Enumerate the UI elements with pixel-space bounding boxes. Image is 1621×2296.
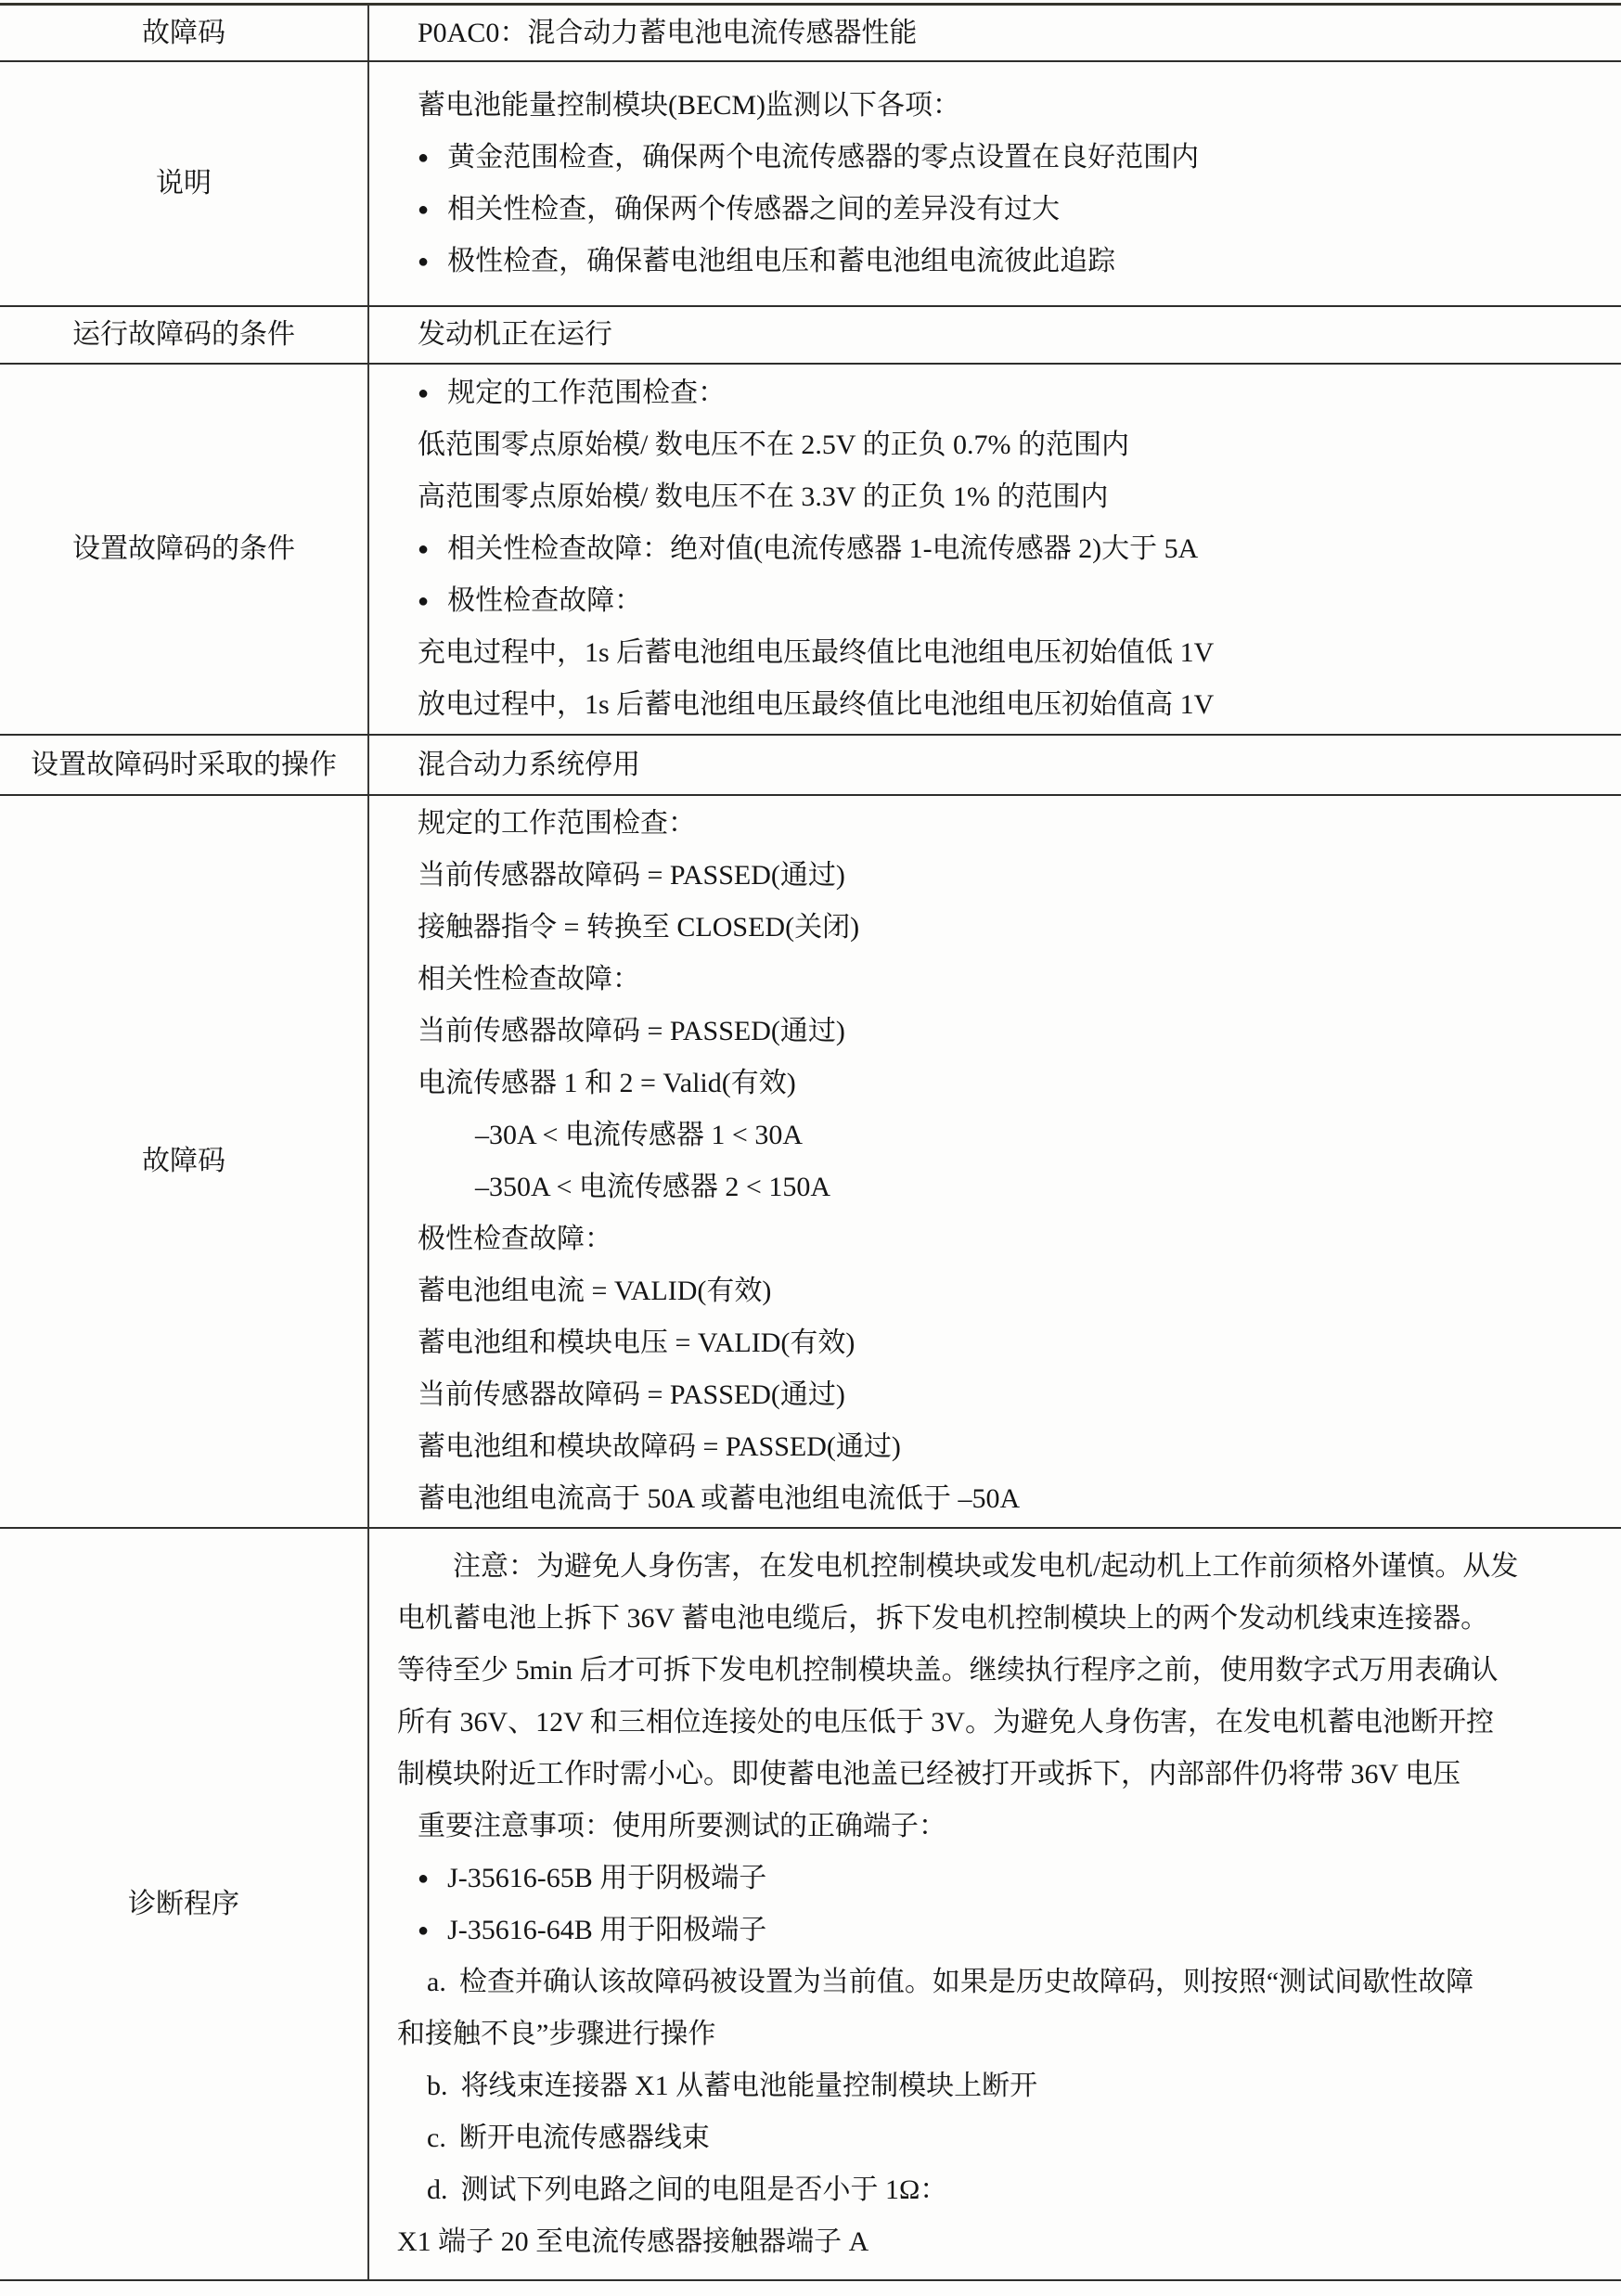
line-text: 当前传感器故障码 = PASSED(通过) (418, 1016, 845, 1046)
bullet-icon: ● (418, 592, 429, 610)
content-line: X1 端子 20 至电流传感器接触器端子 A (397, 2216, 1608, 2268)
content-line: c.断开电流传感器线束 (427, 2112, 1608, 2164)
content-line: 规定的工作范围检查： (418, 798, 1608, 850)
row-label-text: 说明 (156, 158, 212, 210)
content-line: ●J-35616-64B 用于阳极端子 (418, 1905, 1608, 1956)
line-text: 接触器指令 = 转换至 CLOSED(关闭) (418, 912, 859, 943)
content-line: 等待至少 5min 后才可拆下发电机控制模块盖。继续执行程序之前，使用数字式万用… (397, 1645, 1608, 1697)
dtc-table: 故障码P0AC0：混合动力蓄电池电流传感器性能说明蓄电池能量控制模块(BECM)… (0, 3, 1621, 2281)
content-line: 极性检查故障： (418, 1213, 1608, 1265)
row-content: 混合动力系统停用 (369, 736, 1621, 794)
row-label-text: 诊断程序 (128, 1879, 239, 1930)
table-row: 故障码P0AC0：混合动力蓄电池电流传感器性能 (0, 6, 1621, 62)
row-label-text: 故障码 (142, 1135, 225, 1187)
line-text: –30A < 电流传感器 1 < 30A (475, 1120, 803, 1150)
step-letter: a. (427, 1967, 446, 1997)
content-line: 蓄电池组和模块电压 = VALID(有效) (418, 1317, 1608, 1369)
line-text: 蓄电池能量控制模块(BECM)监测以下各项： (418, 90, 960, 121)
line-text: 规定的工作范围检查： (418, 808, 696, 839)
bullet-icon: ● (418, 1869, 429, 1888)
line-text: 放电过程中，1s 后蓄电池组电压最终值比电池组电压初始值高 1V (418, 689, 1214, 720)
line-text: 极性检查故障： (418, 1224, 612, 1254)
row-content: 蓄电池能量控制模块(BECM)监测以下各项：●黄金范围检查，确保两个电流传感器的… (369, 62, 1621, 305)
line-text: 相关性检查故障： (418, 964, 640, 994)
bullet-icon: ● (418, 384, 429, 403)
line-text: 充电过程中，1s 后蓄电池组电压最终值比电池组电压初始值低 1V (418, 637, 1214, 668)
row-label: 设置故障码时采取的操作 (0, 736, 369, 794)
content-line: 制模块附近工作时需小心。即使蓄电池盖已经被打开或拆下，内部部件仍将带 36V 电… (397, 1749, 1608, 1801)
content-line: 放电过程中，1s 后蓄电池组电压最终值比电池组电压初始值高 1V (418, 679, 1608, 731)
content-line: –350A < 电流传感器 2 < 150A (475, 1161, 1608, 1213)
content-line: ●极性检查故障： (418, 575, 1608, 627)
line-text: 混合动力系统停用 (418, 750, 640, 780)
content-line: 电机蓄电池上拆下 36V 蓄电池电缆后，拆下发电机控制模块上的两个发动机线束连接… (397, 1593, 1608, 1645)
row-label-text: 运行故障码的条件 (72, 309, 295, 361)
line-text: 蓄电池组电流 = VALID(有效) (418, 1276, 771, 1306)
content-line: 充电过程中，1s 后蓄电池组电压最终值比电池组电压初始值低 1V (418, 627, 1608, 679)
content-line: 低范围零点原始模/ 数电压不在 2.5V 的正负 0.7% 的范围内 (418, 419, 1608, 471)
content-line: 所有 36V、12V 和三相位连接处的电压低于 3V。为避免人身伤害，在发电机蓄… (397, 1697, 1608, 1749)
bullet-icon: ● (418, 1921, 429, 1940)
line-text: 当前传感器故障码 = PASSED(通过) (418, 1379, 845, 1410)
row-label: 故障码 (0, 796, 369, 1527)
content-line: 电流传感器 1 和 2 = Valid(有效) (418, 1058, 1608, 1110)
line-text: 和接触不良”步骤进行操作 (397, 2019, 715, 2049)
table-row: 诊断程序注意：为避免人身伤害，在发电机控制模块或发电机/起动机上工作前须格外谨慎… (0, 1529, 1621, 2281)
row-label: 运行故障码的条件 (0, 307, 369, 363)
line-text: 等待至少 5min 后才可拆下发电机控制模块盖。继续执行程序之前，使用数字式万用… (397, 1655, 1499, 1686)
content-line: 相关性检查故障： (418, 954, 1608, 1006)
row-content: P0AC0：混合动力蓄电池电流传感器性能 (369, 6, 1621, 60)
line-text: 蓄电池组和模块电压 = VALID(有效) (418, 1328, 855, 1358)
content-line: 蓄电池组电流高于 50A 或蓄电池组电流低于 –50A (418, 1473, 1608, 1525)
line-text: 蓄电池组和模块故障码 = PASSED(通过) (418, 1431, 901, 1462)
content-line: 混合动力系统停用 (418, 739, 1608, 791)
content-line: ●黄金范围检查，确保两个电流传感器的零点设置在良好范围内 (418, 132, 1608, 184)
row-content: 规定的工作范围检查：当前传感器故障码 = PASSED(通过)接触器指令 = 转… (369, 796, 1621, 1527)
row-label-text: 故障码 (142, 7, 225, 59)
line-text: 测试下列电路之间的电阻是否小于 1Ω： (461, 2174, 948, 2205)
line-text: P0AC0：混合动力蓄电池电流传感器性能 (418, 18, 917, 48)
row-label-text: 设置故障码的条件 (72, 523, 295, 575)
table-row: 设置故障码时采取的操作混合动力系统停用 (0, 736, 1621, 796)
bullet-icon: ● (418, 252, 429, 271)
line-text: 低范围零点原始模/ 数电压不在 2.5V 的正负 0.7% 的范围内 (418, 430, 1129, 460)
content-line: 蓄电池组和模块故障码 = PASSED(通过) (418, 1421, 1608, 1473)
table-row: 故障码规定的工作范围检查：当前传感器故障码 = PASSED(通过)接触器指令 … (0, 796, 1621, 1529)
content-line: ●相关性检查故障：绝对值(电流传感器 1-电流传感器 2)大于 5A (418, 523, 1608, 575)
content-line: 当前传感器故障码 = PASSED(通过) (418, 1369, 1608, 1421)
step-letter: d. (427, 2174, 448, 2205)
line-text: 发动机正在运行 (418, 319, 612, 350)
content-line: 和接触不良”步骤进行操作 (397, 2008, 1608, 2060)
line-text: 黄金范围检查，确保两个电流传感器的零点设置在良好范围内 (447, 142, 1199, 173)
content-line: –30A < 电流传感器 1 < 30A (475, 1110, 1608, 1161)
line-text: 重要注意事项：使用所要测试的正确端子： (418, 1811, 946, 1841)
content-line: ●规定的工作范围检查： (418, 367, 1608, 419)
bullet-icon: ● (418, 148, 429, 167)
line-text: 制模块附近工作时需小心。即使蓄电池盖已经被打开或拆下，内部部件仍将带 36V 电… (397, 1759, 1460, 1789)
line-text: 高范围零点原始模/ 数电压不在 3.3V 的正负 1% 的范围内 (418, 481, 1108, 512)
line-text: 相关性检查故障：绝对值(电流传感器 1-电流传感器 2)大于 5A (447, 533, 1198, 564)
document-page: 故障码P0AC0：混合动力蓄电池电流传感器性能说明蓄电池能量控制模块(BECM)… (0, 0, 1621, 2296)
line-text: 极性检查故障： (447, 585, 642, 616)
line-text: 极性检查，确保蓄电池组电压和蓄电池组电流彼此追踪 (447, 246, 1115, 276)
line-text: 相关性检查，确保两个传感器之间的差异没有过大 (447, 194, 1060, 224)
content-line: 接触器指令 = 转换至 CLOSED(关闭) (418, 902, 1608, 954)
content-line: 当前传感器故障码 = PASSED(通过) (418, 1006, 1608, 1058)
content-line: 当前传感器故障码 = PASSED(通过) (418, 850, 1608, 902)
content-line: 蓄电池组电流 = VALID(有效) (418, 1265, 1608, 1317)
content-line: P0AC0：混合动力蓄电池电流传感器性能 (418, 7, 1608, 59)
content-line: ●相关性检查，确保两个传感器之间的差异没有过大 (418, 184, 1608, 236)
line-text: 电机蓄电池上拆下 36V 蓄电池电缆后，拆下发电机控制模块上的两个发动机线束连接… (397, 1603, 1488, 1634)
step-letter: c. (427, 2123, 446, 2153)
row-content: 注意：为避免人身伤害，在发电机控制模块或发电机/起动机上工作前须格外谨慎。从发电… (369, 1529, 1621, 2279)
line-text: 所有 36V、12V 和三相位连接处的电压低于 3V。为避免人身伤害，在发电机蓄… (397, 1707, 1494, 1738)
content-line: 发动机正在运行 (418, 309, 1608, 361)
line-text: –350A < 电流传感器 2 < 150A (475, 1172, 830, 1202)
content-line: d.测试下列电路之间的电阻是否小于 1Ω： (427, 2164, 1608, 2216)
line-text: 蓄电池组电流高于 50A 或蓄电池组电流低于 –50A (418, 1483, 1020, 1514)
row-label: 诊断程序 (0, 1529, 369, 2279)
line-text: X1 端子 20 至电流传感器接触器端子 A (397, 2226, 868, 2257)
line-text: J-35616-65B 用于阴极端子 (447, 1863, 766, 1893)
row-label: 故障码 (0, 6, 369, 60)
table-row: 设置故障码的条件●规定的工作范围检查：低范围零点原始模/ 数电压不在 2.5V … (0, 365, 1621, 736)
table-row: 运行故障码的条件发动机正在运行 (0, 307, 1621, 365)
content-line: 注意：为避免人身伤害，在发电机控制模块或发电机/起动机上工作前须格外谨慎。从发 (397, 1541, 1608, 1593)
line-text: 当前传感器故障码 = PASSED(通过) (418, 860, 845, 891)
row-content: 发动机正在运行 (369, 307, 1621, 363)
content-line: ●J-35616-65B 用于阴极端子 (418, 1853, 1608, 1905)
row-label: 设置故障码的条件 (0, 365, 369, 734)
table-row: 说明蓄电池能量控制模块(BECM)监测以下各项：●黄金范围检查，确保两个电流传感… (0, 62, 1621, 307)
content-line: a.检查并确认该故障码被设置为当前值。如果是历史故障码，则按照“测试间歇性故障 (427, 1956, 1608, 2008)
line-text: 将线束连接器 X1 从蓄电池能量控制模块上断开 (461, 2071, 1038, 2101)
line-text: 注意：为避免人身伤害，在发电机控制模块或发电机/起动机上工作前须格外谨慎。从发 (453, 1551, 1518, 1582)
content-line: 高范围零点原始模/ 数电压不在 3.3V 的正负 1% 的范围内 (418, 471, 1608, 523)
row-label: 说明 (0, 62, 369, 305)
content-line: 蓄电池能量控制模块(BECM)监测以下各项： (418, 80, 1608, 132)
line-text: 断开电流传感器线束 (459, 2123, 710, 2153)
row-label-text: 设置故障码时采取的操作 (31, 739, 337, 791)
line-text: J-35616-64B 用于阳极端子 (447, 1915, 766, 1945)
step-letter: b. (427, 2071, 448, 2101)
line-text: 规定的工作范围检查： (447, 378, 726, 408)
bullet-icon: ● (418, 540, 429, 558)
bullet-icon: ● (418, 200, 429, 219)
content-line: b.将线束连接器 X1 从蓄电池能量控制模块上断开 (427, 2060, 1608, 2112)
line-text: 检查并确认该故障码被设置为当前值。如果是历史故障码，则按照“测试间歇性故障 (459, 1967, 1473, 1997)
content-line: ●极性检查，确保蓄电池组电压和蓄电池组电流彼此追踪 (418, 236, 1608, 288)
row-content: ●规定的工作范围检查：低范围零点原始模/ 数电压不在 2.5V 的正负 0.7%… (369, 365, 1621, 734)
content-line: 重要注意事项：使用所要测试的正确端子： (418, 1801, 1608, 1853)
line-text: 电流传感器 1 和 2 = Valid(有效) (418, 1068, 796, 1098)
